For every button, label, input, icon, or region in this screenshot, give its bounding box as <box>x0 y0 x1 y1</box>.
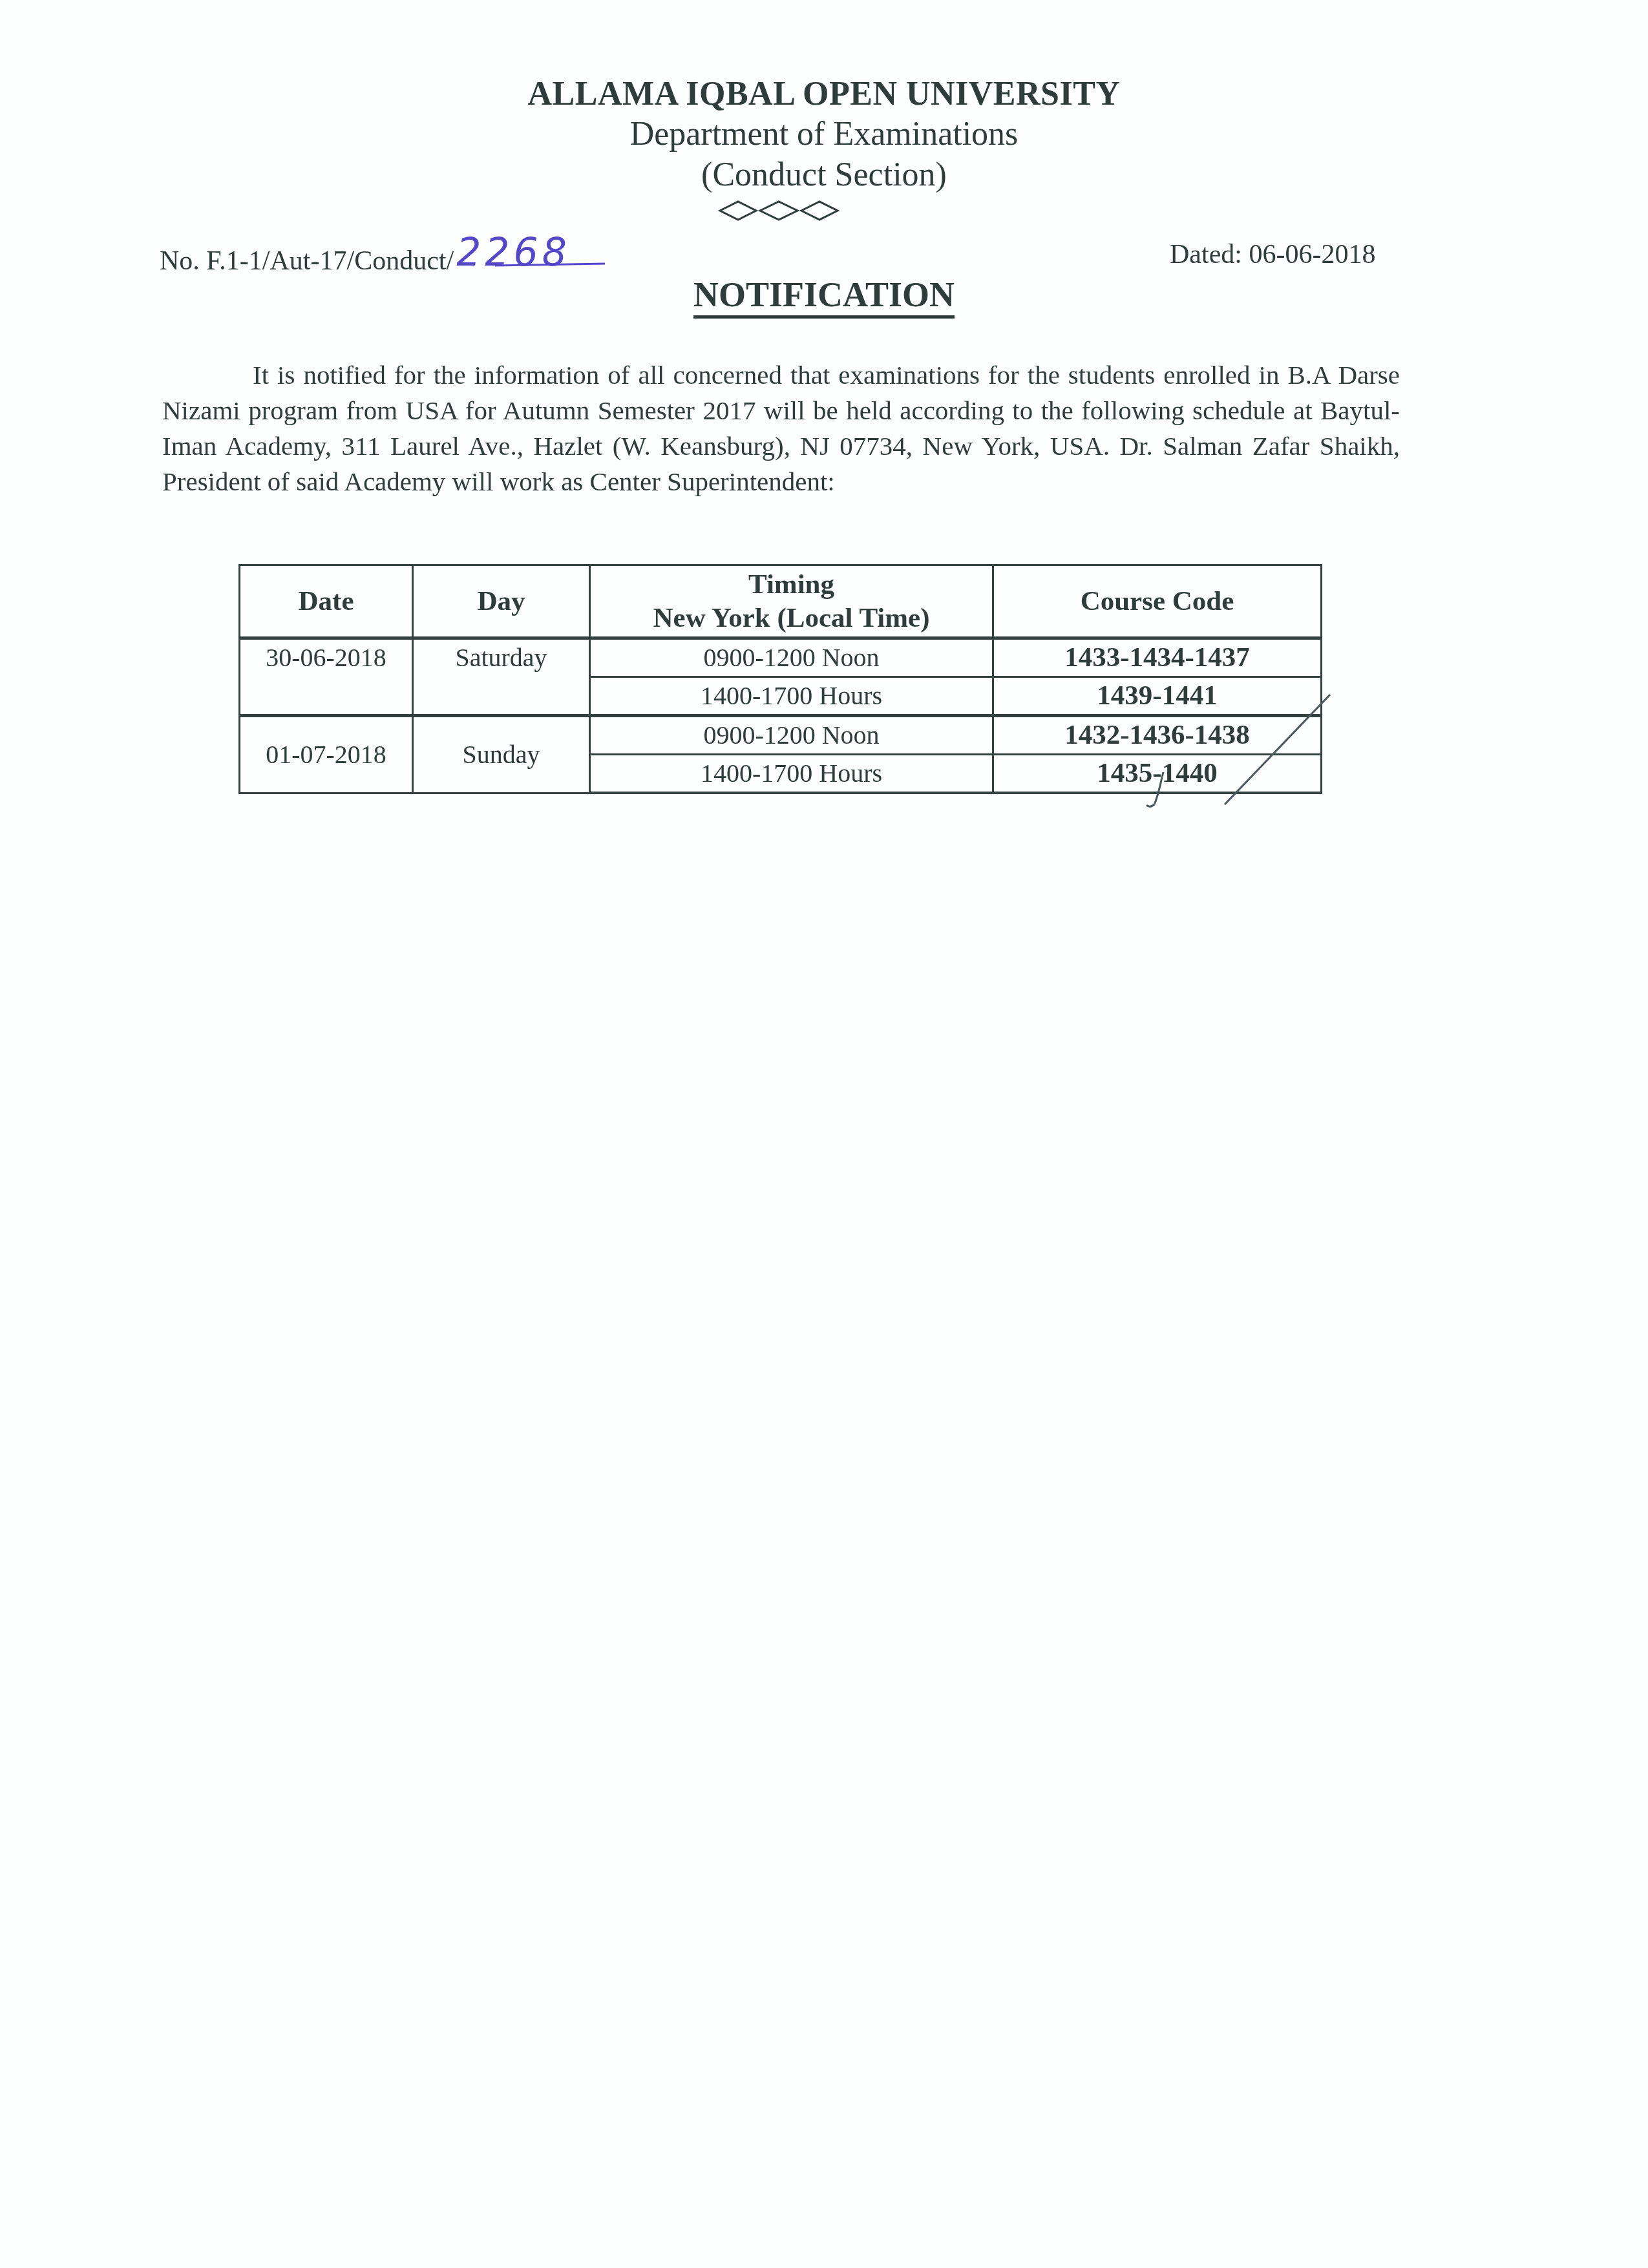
notification-title-text: NOTIFICATION <box>693 275 955 319</box>
handwritten-reference-number: 2268 <box>456 230 571 275</box>
issue-date: Dated: 06-06-2018 <box>1170 239 1375 270</box>
exam-date: 01-07-2018 <box>240 716 413 793</box>
header-timing: Timing New York (Local Time) <box>590 565 993 638</box>
header-course-code: Course Code <box>993 565 1322 638</box>
course-code: 1435-1440 <box>993 755 1322 793</box>
header-date: Date <box>240 565 413 638</box>
reference-prefix: No. F.1-1/Aut-17/Conduct/ <box>160 246 454 276</box>
exam-date: 30-06-2018 <box>240 638 413 716</box>
course-code: 1432-1436-1438 <box>993 716 1322 755</box>
reference-number: No. F.1-1/Aut-17/Conduct/2268 <box>160 234 571 279</box>
header-timing-line2: New York (Local Time) <box>591 602 992 635</box>
institution-name: ALLAMA IQBAL OPEN UNIVERSITY <box>0 75 1648 113</box>
section-name: (Conduct Section) <box>0 156 1648 194</box>
header-day: Day <box>413 565 590 638</box>
exam-day: Sunday <box>413 716 590 793</box>
session-timing: 1400-1700 Hours <box>590 677 993 716</box>
table-row: 30-06-2018 Saturday 0900-1200 Noon 1433-… <box>240 638 1322 677</box>
exam-schedule-table: Date Day Timing New York (Local Time) Co… <box>238 564 1322 794</box>
course-code: 1439-1441 <box>993 677 1322 716</box>
notification-title: NOTIFICATION <box>0 275 1648 315</box>
exam-day: Saturday <box>413 638 590 716</box>
notification-body: It is notified for the information of al… <box>162 357 1400 499</box>
department-name: Department of Examinations <box>0 115 1648 153</box>
course-code: 1433-1434-1437 <box>993 638 1322 677</box>
session-timing: 0900-1200 Noon <box>590 716 993 755</box>
pen-strike-mark <box>0 0 1648 2268</box>
table-header-row: Date Day Timing New York (Local Time) Co… <box>240 565 1322 638</box>
session-timing: 0900-1200 Noon <box>590 638 993 677</box>
table-row: 01-07-2018 Sunday 0900-1200 Noon 1432-14… <box>240 716 1322 755</box>
header-timing-line1: Timing <box>591 568 992 602</box>
session-timing: 1400-1700 Hours <box>590 755 993 793</box>
diamond-ornament-icon <box>717 198 840 224</box>
